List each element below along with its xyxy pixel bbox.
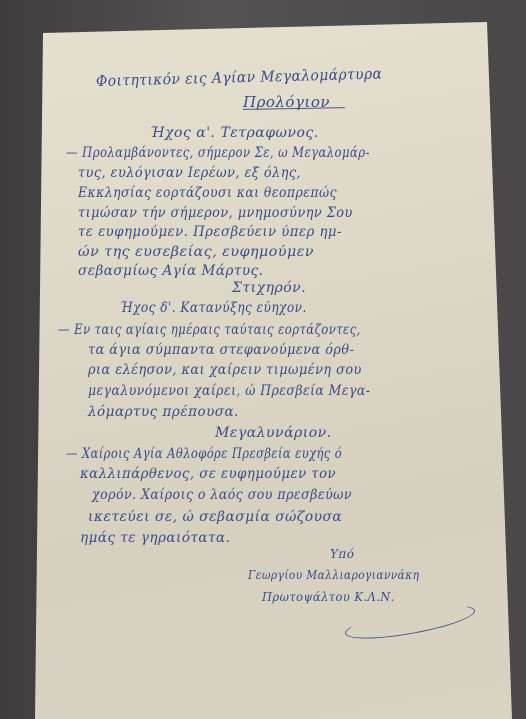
section-2-line: — Εν ταις αγίαις ημέραις ταύταις εορτάζο… [58, 322, 361, 338]
section-1-line: τιμώσαν τήν σήμερον, μνημοσύνην Σου [78, 205, 353, 221]
section-2-line: μεγαλυνόμενοι χαίρει, ώ Πρεσβεία Μεγα- [88, 383, 370, 399]
section-3-heading: Μεγαλυνάριον. [215, 425, 332, 441]
section-2-heading: Στιχηρόν. [232, 280, 306, 296]
section-3-line: χορόν. Χαίροις ο λαός σου πρεσβεύων [92, 487, 352, 503]
section-3-line: — Χαίροις Αγία Αθλοφόρε Πρεσβεία ευχής ό [66, 446, 342, 462]
section-2-line: τα άγια σύμπαντα στεφανούμενα όρθ- [88, 342, 354, 358]
section-1-line: — Προλαμβάνοντες, σήμερον Σε, ω Μεγαλομά… [66, 145, 370, 161]
section-2-subheading: Ήχος δ'. Κατανύξης εύηχον. [120, 300, 307, 316]
section-3-line: ικετεύει σε, ώ σεβασμία σώζουσα [88, 509, 342, 525]
section-1-line: τε ευφημούμεν. Πρεσβεύειν ύπερ ημ- [78, 224, 342, 240]
signature-line-2: Πρωτοψάλτου Κ.Λ.Ν. [262, 590, 395, 604]
section-2-line: ρια ελέησον, και χαίρειν τιμωμένη σου [88, 362, 362, 378]
section-1-line: ών της ευσεβείας, ευφημούμεν [78, 244, 314, 260]
section-1-line: Εκκλησίας εορτάζουσι και θεοπρεπώς [78, 185, 337, 201]
section-1-heading: Ήχος α'. Τετραφωνος. [150, 125, 319, 141]
closing-word: Υπό [330, 547, 355, 561]
section-3-line: ημάς τε γηραιότατα. [80, 530, 230, 546]
section-1-line: τυς, ευλόγισαν Ιερέων, εξ όλης, [78, 165, 301, 181]
section-2-line: λόμαρτυς πρέπουσα. [88, 404, 239, 420]
signature-line-1: Γεωργίου Μαλλιαρογιαννάκη [248, 568, 419, 582]
section-3-line: καλλιπάρθενος, σε ευφημούμεν τον [80, 466, 336, 482]
section-1-line: σεβασμίως Αγία Μάρτυς. [78, 263, 263, 279]
